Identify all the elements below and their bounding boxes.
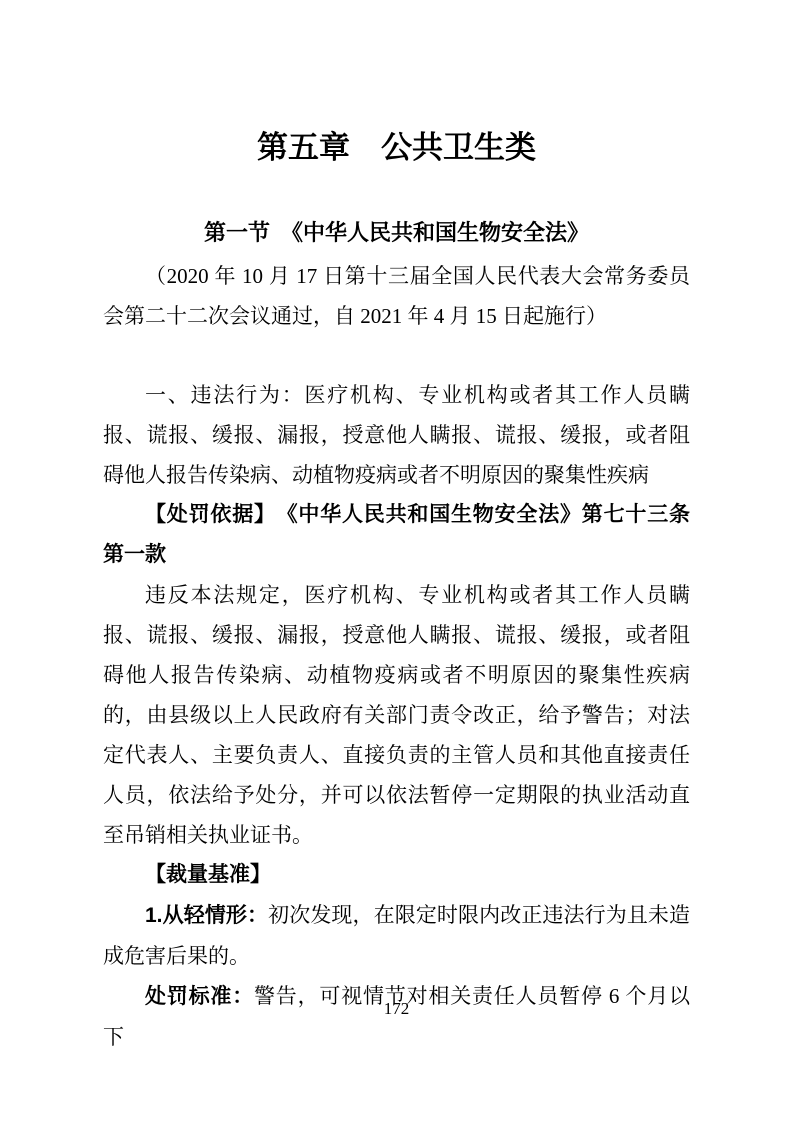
- enactment-note: （2020 年 10 月 17 日第十三届全国人民代表大会常务委员会第二十二次会…: [103, 256, 690, 336]
- page-number: 172: [0, 999, 793, 1019]
- chapter-title: 第五章 公共卫生类: [103, 130, 690, 166]
- violation-paragraph: 一、违法行为：医疗机构、专业机构或者其工作人员瞒报、谎报、缓报、漏报，授意他人瞒…: [103, 375, 690, 495]
- discretion-basis-header: 【裁量基准】: [103, 855, 690, 895]
- section-title: 第一节 《中华人民共和国生物安全法》: [103, 219, 690, 247]
- document-page: 第五章 公共卫生类 第一节 《中华人民共和国生物安全法》 （2020 年 10 …: [0, 0, 793, 1122]
- law-excerpt-paragraph: 违反本法规定，医疗机构、专业机构或者其工作人员瞒报、谎报、缓报、漏报，授意他人瞒…: [103, 575, 690, 855]
- lenient-circumstance-paragraph: 1.从轻情形：初次发现，在限定时限内改正违法行为且未造成危害后果的。: [103, 895, 690, 976]
- lenient-circumstance-label: 1.从轻情形：: [145, 904, 268, 927]
- page-content: 第五章 公共卫生类 第一节 《中华人民共和国生物安全法》 （2020 年 10 …: [0, 130, 793, 1057]
- penalty-basis-heading: 【处罚依据】 《中华人民共和国生物安全法》第七十三条第一款: [103, 495, 690, 575]
